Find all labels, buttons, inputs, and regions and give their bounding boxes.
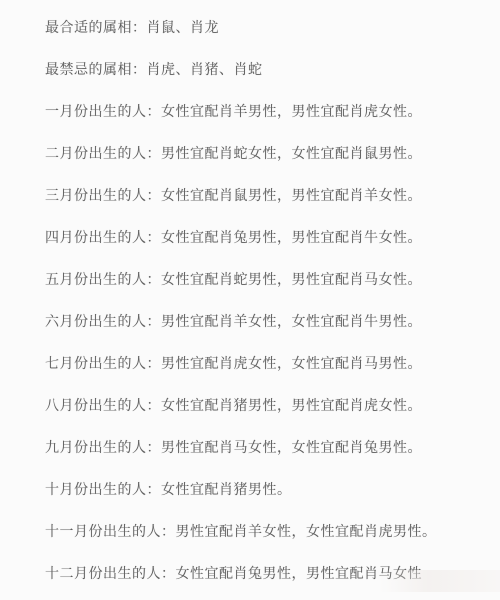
taboo-zodiac-line: 最禁忌的属相：肖虎、肖猪、肖蛇 bbox=[45, 62, 480, 76]
month-line-april: 四月份出生的人：女性宜配肖兔男性，男性宜配肖牛女性。 bbox=[45, 230, 480, 244]
month-line-july: 七月份出生的人：男性宜配肖虎女性，女性宜配肖马男性。 bbox=[45, 356, 480, 370]
month-line-september: 九月份出生的人：男性宜配肖马女性，女性宜配肖兔男性。 bbox=[45, 440, 480, 454]
month-line-november: 十一月份出生的人：男性宜配肖羊女性，女性宜配肖虎男性。 bbox=[45, 524, 480, 538]
month-line-august: 八月份出生的人：女性宜配肖猪男性，男性宜配肖虎女性。 bbox=[45, 398, 480, 412]
month-line-december: 十二月份出生的人：女性宜配肖兔男性，男性宜配肖马女性 bbox=[45, 566, 480, 580]
month-line-june: 六月份出生的人：男性宜配肖羊女性，女性宜配肖牛男性。 bbox=[45, 314, 480, 328]
month-line-february: 二月份出生的人：男性宜配肖蛇女性，女性宜配肖鼠男性。 bbox=[45, 146, 480, 160]
month-line-october: 十月份出生的人：女性宜配肖猪男性。 bbox=[45, 482, 480, 496]
document-page: 最合适的属相：肖鼠、肖龙 最禁忌的属相：肖虎、肖猪、肖蛇 一月份出生的人：女性宜… bbox=[0, 0, 500, 600]
month-line-may: 五月份出生的人：女性宜配肖蛇男性，男性宜配肖马女性。 bbox=[45, 272, 480, 286]
month-line-january: 一月份出生的人：女性宜配肖羊男性，男性宜配肖虎女性。 bbox=[45, 104, 480, 118]
best-match-zodiac-line: 最合适的属相：肖鼠、肖龙 bbox=[45, 20, 480, 34]
month-line-march: 三月份出生的人：女性宜配肖鼠男性，男性宜配肖羊女性。 bbox=[45, 188, 480, 202]
